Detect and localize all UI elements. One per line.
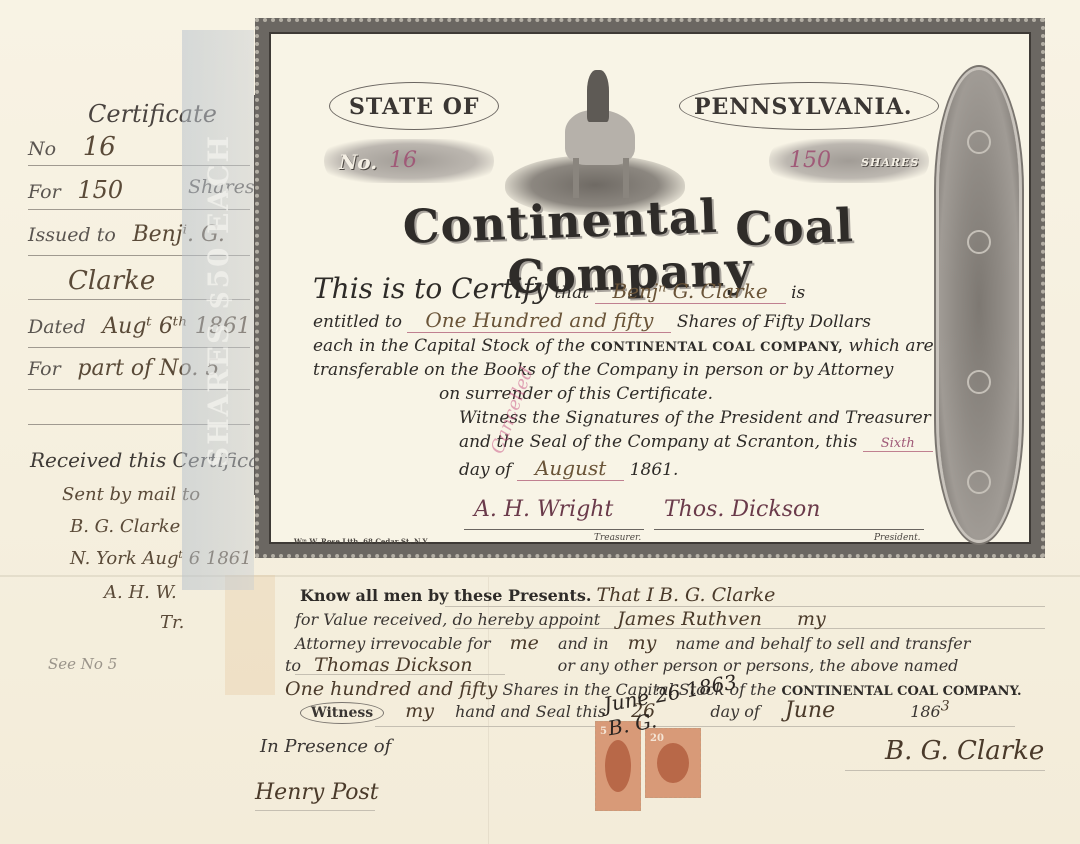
stub-band-label: SHARES $50 EACH [202, 134, 235, 467]
stub-note: A. H. W. [104, 582, 177, 603]
stamp-portrait [605, 740, 631, 793]
witness-label: Witness [300, 702, 384, 724]
day-value: Sixth [863, 436, 933, 452]
year-value: 1861. [630, 460, 679, 480]
month-value: August [517, 456, 624, 481]
irrevocable-prefix: Attorney irrevocable for [295, 634, 490, 653]
ornament-boss [967, 130, 991, 154]
that-i: That I [597, 584, 654, 606]
assignor-signature: B. G. Clarke [885, 736, 1044, 766]
know-heading: Know all men by these Presents. [300, 586, 591, 605]
rule [845, 770, 1045, 771]
shares-in-words: One Hundred and fifty [407, 308, 671, 333]
certificate-frame: STATE OF PENNSYLVANIA. No. 16 150 SHARES… [255, 18, 1045, 558]
stub-note: Tr. [160, 612, 184, 633]
assign-line-3: Attorney irrevocable for me and in my na… [295, 632, 970, 654]
stub-note: B. G. Clarke [70, 516, 180, 537]
rider-figure [587, 70, 609, 122]
attorney-name: James Ruthven [617, 608, 762, 630]
stub-dated-label: Dated [28, 316, 86, 338]
capital-stock-line: each in the Capital Stock of the CONTINE… [313, 336, 913, 356]
entitled-prefix: entitled to [313, 312, 402, 332]
certify-mid: that [554, 283, 589, 303]
cert-shares-label: SHARES [861, 156, 919, 169]
stub-number-value: 16 [83, 132, 116, 162]
presence-signature: Henry Post [255, 780, 379, 805]
transfer-assignment: Know all men by these Presents. That I B… [255, 576, 1055, 844]
witness-year-digit: 3 [941, 699, 950, 715]
ornament-boss [967, 370, 991, 394]
assignor-signature-wrap: B. G. Clarke [885, 736, 1044, 766]
assignor-name: B. G. Clarke [659, 584, 775, 606]
president-signature: Thos. Dickson [664, 497, 820, 522]
treasurer-signature: A. H. Wright [474, 497, 613, 522]
stub-for-label: For [28, 181, 61, 203]
lithographer-imprint: Wᵐ W. Rose Lith. 68 Cedar St. N.Y. [294, 537, 429, 546]
appoint-prefix: for Value received, do hereby appoint [295, 610, 600, 629]
irrevocable-me: me [510, 632, 539, 654]
entitled-suffix: Shares of Fifty Dollars [677, 312, 871, 332]
rule [445, 606, 1045, 607]
cert-number-label: No. [339, 150, 377, 174]
presence-label: In Presence of [260, 736, 391, 757]
seal-prefix: and the Seal of the Company at Scranton,… [459, 432, 857, 452]
witness-month: June [785, 698, 835, 723]
witness-mid: hand and Seal this [455, 702, 606, 721]
rule [255, 810, 375, 811]
capital-prefix: each in the Capital Stock of the [313, 336, 585, 356]
rule [375, 726, 1015, 727]
transfer-company: CONTINENTAL COAL COMPANY. [781, 684, 1021, 699]
irrevocable-suffix: name and behalf to sell and transfer [675, 634, 970, 653]
header-state-of: STATE OF [349, 94, 480, 120]
dayof-prefix: day of [459, 460, 512, 480]
transfer-shares-words: One hundred and fifty [285, 678, 497, 700]
irrevocable-mid: and in [558, 634, 609, 653]
assign-line-1: Know all men by these Presents. That I B… [300, 584, 775, 606]
assign-line-2: for Value received, do hereby appoint Ja… [295, 608, 826, 630]
stub-faint-note: See No 5 [48, 655, 117, 673]
presence-signature-wrap: Henry Post [255, 780, 379, 805]
transferee-name: Thomas Dickson [314, 654, 472, 676]
holder-name: Benjⁿ G. Clarke [595, 279, 786, 304]
certify-prefix: This is to Certify [313, 272, 549, 305]
stub-part-label: For [28, 358, 61, 380]
stamp-denomination: 5 [600, 726, 607, 737]
certify-suffix: is [791, 283, 805, 303]
capital-company: CONTINENTAL COAL COMPANY, [591, 340, 844, 355]
to-label: to [285, 656, 301, 675]
side-ornament [939, 70, 1019, 540]
stub-issued-label: Issued to [28, 224, 116, 246]
capital-suffix: which are [849, 336, 934, 356]
entitled-line: entitled to One Hundred and fifty Shares… [313, 308, 913, 332]
witness-year: 186 [910, 702, 941, 721]
stamp-denomination: 20 [650, 733, 664, 744]
ornament-boss [967, 470, 991, 494]
ornament-boss [967, 230, 991, 254]
assign-line-4: to Thomas Dickson or any other person or… [285, 654, 958, 676]
stub-band-text: SHARES $50 EACH [196, 110, 240, 490]
stamp-portrait [657, 743, 689, 784]
appoint-suffix: my [797, 608, 826, 630]
president-label: President. [874, 533, 921, 543]
transfer-suffix: or any other person or persons, the abov… [558, 656, 959, 675]
irrevocable-my: my [628, 632, 657, 654]
treasurer-sig-line [464, 529, 644, 530]
revenue-stamp-20c: 20 [645, 728, 701, 798]
company-title-word: Coal [734, 198, 854, 256]
signature-row: A. H. Wright Treasurer. Thos. Dickson Pr… [464, 497, 924, 537]
president-sig-line [654, 529, 924, 530]
stub-issued-value-2: Clarke [68, 266, 155, 296]
stock-certificate-document: Certificate No 16 For 150 Shares Issued … [0, 0, 1080, 844]
horse-leg [573, 158, 579, 198]
certify-line: This is to Certify that Benjⁿ G. Clarke … [313, 272, 913, 305]
stub-number-label: No [28, 138, 56, 160]
header-pennsylvania: PENNSYLVANIA. [694, 94, 913, 120]
cert-shares-value: 150 [789, 148, 831, 173]
treasurer-label: Treasurer. [594, 533, 641, 543]
cert-number-value: 16 [389, 148, 417, 173]
stub-for-value: 150 [77, 176, 123, 204]
stub-note: Sent by mail to [62, 484, 200, 505]
transferable-line: transferable on the Books of the Company… [313, 360, 913, 380]
witness-my: my [405, 700, 434, 722]
